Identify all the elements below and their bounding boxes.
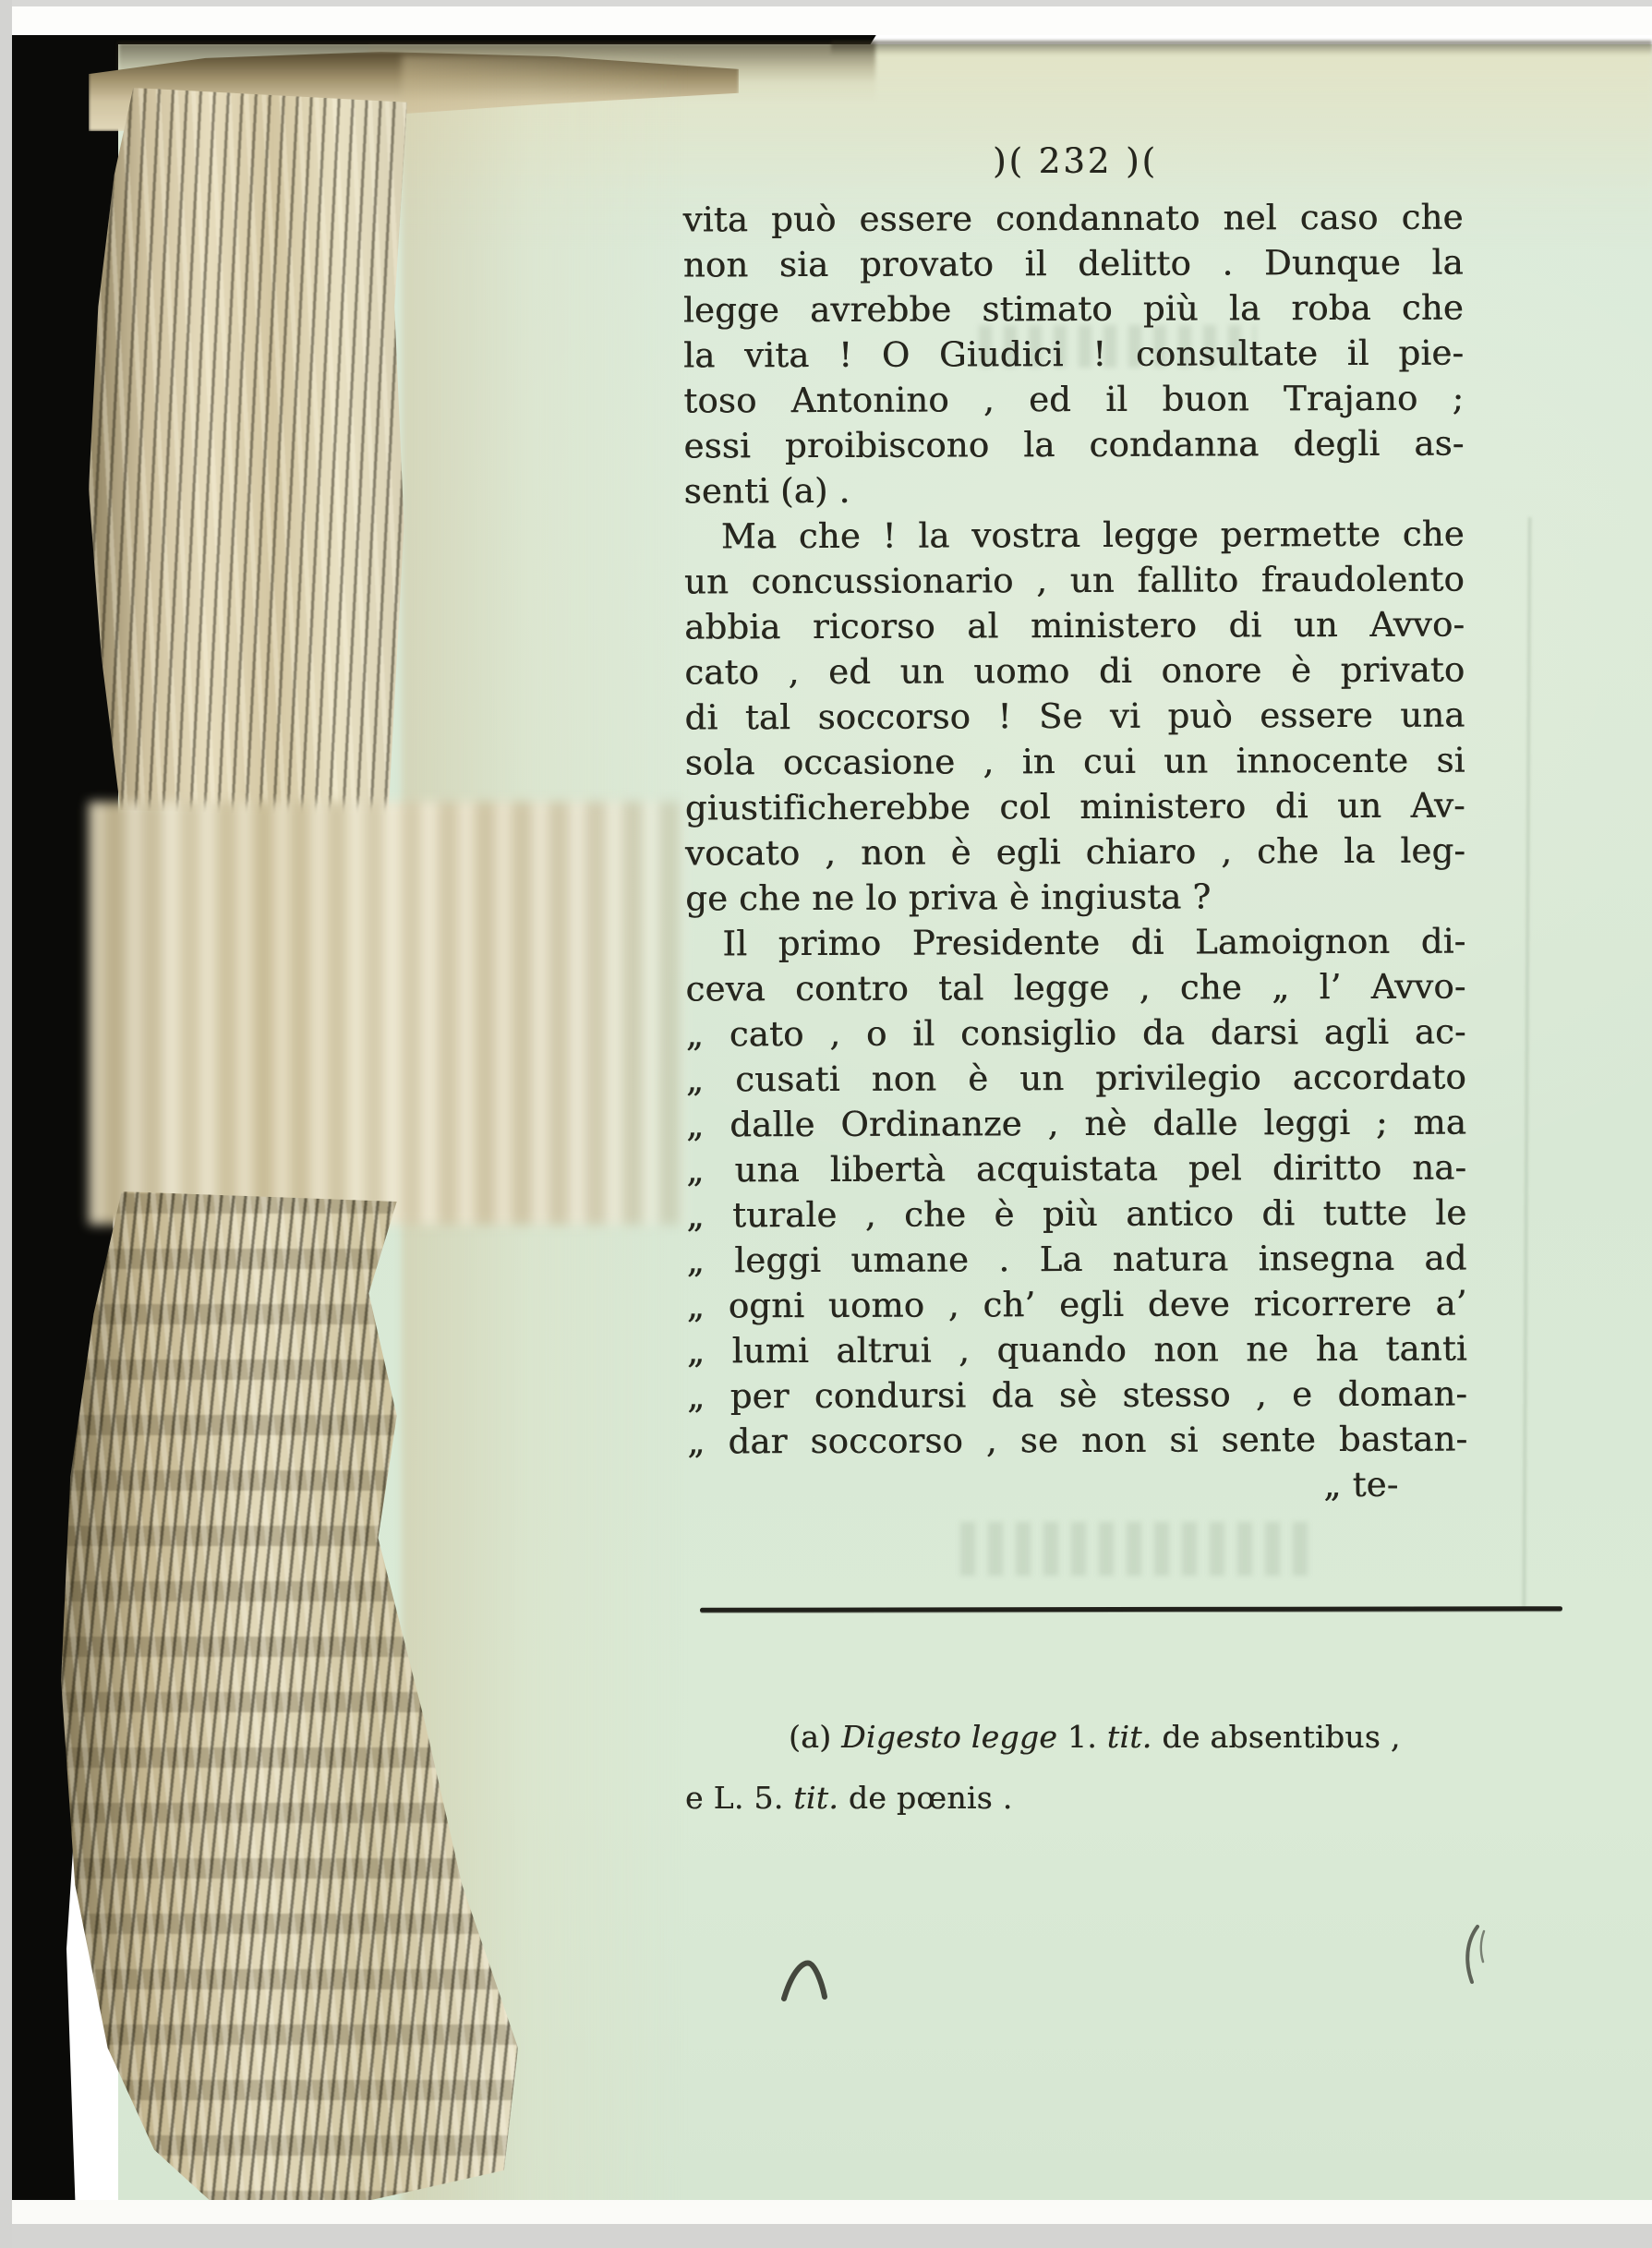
text-line: la vita ! O Giudici ! consultate il pie- bbox=[683, 331, 1464, 379]
text-line: non sia provato il delitto . Dunque la bbox=[683, 240, 1464, 288]
body-text: vita può essere condannato nel caso chen… bbox=[683, 195, 1468, 1510]
footnote-line: e L. 5. tit. de pœnis . bbox=[685, 1768, 1498, 1829]
text-line: ceva contro tal legge , che „ l’ Avvo- bbox=[685, 964, 1465, 1012]
fore-edge-blur-band bbox=[89, 802, 685, 1225]
footnote-line: (a) Digesto legge 1. tit. de absentibus … bbox=[685, 1707, 1498, 1768]
text-line: „ cusati non è un privilegio accordato bbox=[686, 1055, 1466, 1103]
scan-frame-top-white bbox=[0, 6, 1652, 35]
text-line: sola occasione , in cui un innocente si bbox=[685, 738, 1465, 786]
scan-frame-bottom-gray bbox=[0, 2224, 1652, 2248]
fore-edge-upper bbox=[89, 88, 407, 817]
scanned-book-page-photo: )( 232 )( vita può essere condannato nel… bbox=[0, 0, 1652, 2248]
page-top-edge-line bbox=[831, 41, 1652, 55]
text-line: toso Antonino , ed il buon Trajano ; bbox=[683, 376, 1464, 424]
text-line: vocato , non è egli chiaro , che la leg- bbox=[685, 828, 1465, 876]
text-line: „ ogni uomo , ch’ egli deve ricorrere a’ bbox=[687, 1281, 1467, 1329]
scan-frame-top-gray bbox=[0, 0, 1652, 6]
text-line: legge avrebbe stimato più la roba che bbox=[683, 285, 1464, 333]
text-line: „ te- bbox=[687, 1462, 1467, 1510]
text-line: Ma che ! la vostra legge permette che bbox=[684, 512, 1465, 560]
scan-frame-bottom-white bbox=[0, 2200, 1652, 2224]
text-line: ge che ne lo priva è ingiusta ? bbox=[685, 874, 1465, 922]
text-line: senti (a) . bbox=[684, 466, 1465, 514]
text-line: „ una libertà acquistata pel diritto na- bbox=[686, 1145, 1466, 1193]
ink-showthrough bbox=[960, 1522, 1311, 1576]
text-line: „ lumi altrui , quando non ne ha tanti bbox=[687, 1326, 1467, 1374]
text-line: „ cato , o il consiglio da darsi agli ac… bbox=[686, 1009, 1466, 1058]
text-line: essi proibiscono la condanna degli as- bbox=[683, 421, 1464, 469]
text-line: cato , ed un uomo di onore è privato bbox=[684, 647, 1465, 695]
text-line: „ dalle Ordinanze , nè dalle leggi ; ma bbox=[686, 1100, 1466, 1148]
text-line: Il primo Presidente di Lamoignon di- bbox=[685, 919, 1465, 967]
text-line: „ leggi umane . La natura insegna ad bbox=[686, 1236, 1466, 1284]
paren-ink-mark bbox=[1457, 1923, 1489, 1988]
scan-frame-left-gray bbox=[0, 0, 12, 2248]
text-line: abbia ricorso al ministero di un Avvo- bbox=[684, 602, 1465, 650]
text-line: di tal soccorso ! Se vi può essere una bbox=[684, 693, 1465, 741]
text-line: „ per condursi da sè stesso , e doman- bbox=[687, 1372, 1467, 1420]
footnote: (a) Digesto legge 1. tit. de absentibus … bbox=[685, 1707, 1498, 1829]
text-line: „ turale , che è più antico di tutte le bbox=[686, 1190, 1466, 1239]
text-line: „ dar soccorso , se non si sente bastan- bbox=[687, 1417, 1467, 1465]
text-line: vita può essere condannato nel caso che bbox=[683, 195, 1464, 243]
text-line: un concussionario , un fallito fraudolen… bbox=[684, 557, 1465, 605]
text-line: giustificherebbe col ministero di un Av- bbox=[685, 783, 1465, 831]
caret-ink-mark bbox=[781, 1956, 837, 2004]
page-number-header: )( 232 )( bbox=[685, 139, 1465, 184]
